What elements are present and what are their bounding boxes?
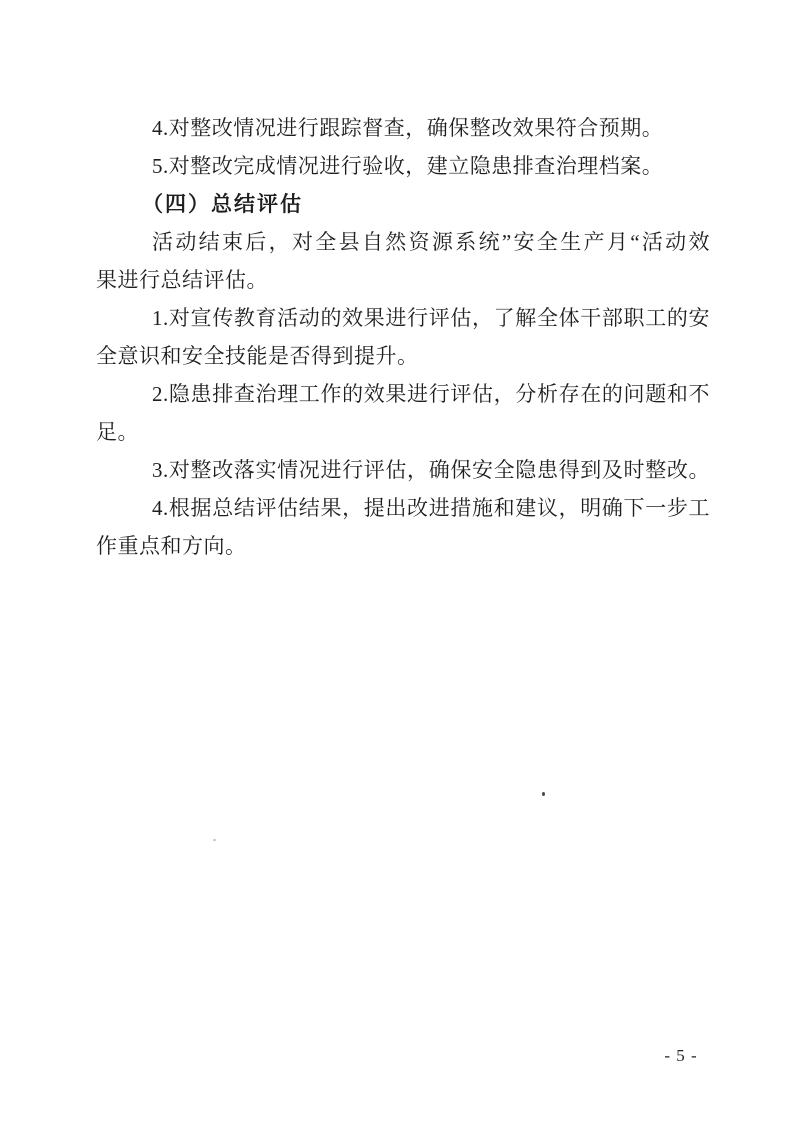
section-heading: （四）总结评估 [96, 185, 710, 223]
list-item-line: 5.对整改完成情况进行验收，建立隐患排查治理档案。 [96, 147, 710, 185]
document-text-block: 4.对整改情况进行跟踪督查，确保整改效果符合预期。 5.对整改完成情况进行验收，… [96, 109, 710, 565]
list-item-line: 足。 [96, 413, 710, 451]
paragraph-line: 果进行总结评估。 [96, 261, 710, 299]
scanned-document-page: 4.对整改情况进行跟踪督查，确保整改效果符合预期。 5.对整改完成情况进行验收，… [0, 0, 793, 1122]
list-item-line: 4.根据总结评估结果，提出改进措施和建议，明确下一步工 [96, 489, 710, 527]
list-item-line: 全意识和安全技能是否得到提升。 [96, 337, 710, 375]
list-item-line: 1.对宣传教育活动的效果进行评估，了解全体干部职工的安 [96, 299, 710, 337]
scan-artifact-dot [542, 792, 545, 796]
list-item-line: 2.隐患排查治理工作的效果进行评估，分析存在的问题和不 [96, 375, 710, 413]
paragraph-line: 活动结束后，对全县自然资源系统”安全生产月“活动效 [96, 223, 710, 261]
list-item-line: 4.对整改情况进行跟踪督查，确保整改效果符合预期。 [96, 109, 710, 147]
list-item-line: 作重点和方向。 [96, 527, 710, 565]
scan-artifact-dot [213, 839, 216, 841]
page-number: - 5 - [655, 1046, 707, 1066]
list-item-line: 3.对整改落实情况进行评估，确保安全隐患得到及时整改。 [96, 451, 710, 489]
